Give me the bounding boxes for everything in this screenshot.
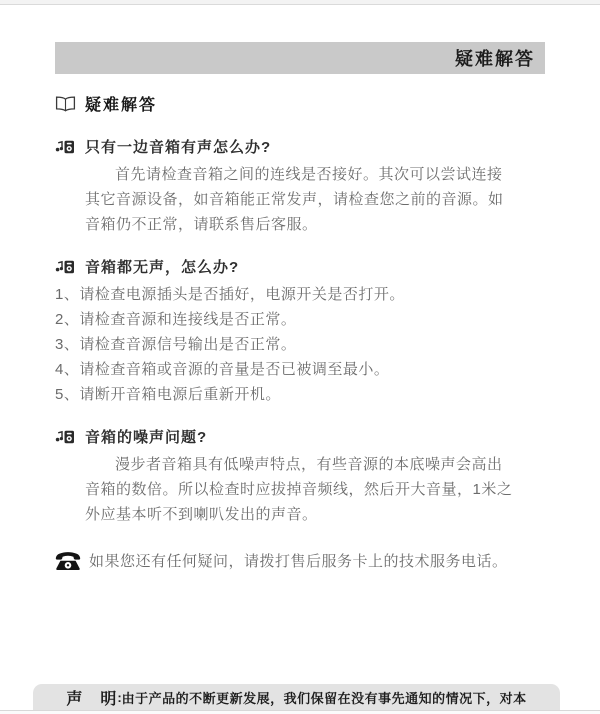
section-title-row: 疑难解答 [55, 92, 521, 115]
faq-answer-list: 1、请检查电源插头是否插好，电源开关是否打开。 2、请检查音源和连接线是否正常。… [55, 282, 487, 407]
page-header-title: 疑难解答 [455, 45, 535, 71]
speaker-note-icon [55, 260, 75, 274]
speaker-note-icon [55, 430, 75, 444]
faq-answer-list-item: 5、请断开音箱电源后重新开机。 [55, 382, 487, 407]
faq-answer: 首先请检查音箱之间的连线是否接好。其次可以尝试连接其它音源设备，如音箱能正常发声… [85, 162, 517, 237]
hotline-note-row: 如果您还有任何疑问，请拨打售后服务卡上的技术服务电话。 [55, 550, 521, 571]
faq-item: 音箱都无声，怎么办? 1、请检查电源插头是否插好，电源开关是否打开。 2、请检查… [55, 256, 521, 407]
faq-item: 音箱的噪声问题? 漫步者音箱具有低噪声特点，有些音源的本底噪声会高出音箱的数倍。… [55, 426, 521, 527]
faq-answer-list-item: 3、请检查音源信号输出是否正常。 [55, 332, 487, 357]
faq-question: 只有一边音箱有声怎么办? [85, 136, 271, 157]
page-bottom-edge-strip [0, 710, 600, 714]
faq-item: 只有一边音箱有声怎么办? 首先请检查音箱之间的连线是否接好。其次可以尝试连接其它… [55, 136, 521, 237]
telephone-icon [55, 551, 81, 571]
faq-answer-list-item: 1、请检查电源插头是否插好，电源开关是否打开。 [55, 282, 487, 307]
page-header-bar: 疑难解答 [55, 42, 545, 74]
page-top-edge-strip [0, 0, 600, 5]
speaker-note-icon [55, 140, 75, 154]
open-book-icon [55, 96, 76, 112]
disclaimer-title: 声 明 [66, 686, 117, 709]
faq-question: 音箱的噪声问题? [85, 426, 207, 447]
faq-answer: 漫步者音箱具有低噪声特点，有些音源的本底噪声会高出音箱的数倍。所以检查时应拔掉音… [85, 452, 517, 527]
faq-answer-list-item: 4、请检查音箱或音源的音量是否已被调至最小。 [55, 357, 487, 382]
section-title: 疑难解答 [85, 92, 157, 115]
hotline-note-text: 如果您还有任何疑问，请拨打售后服务卡上的技术服务电话。 [89, 550, 508, 571]
faq-answer-list-item: 2、请检查音源和连接线是否正常。 [55, 307, 487, 332]
disclaimer-text: 由于产品的不断更新发展，我们保留在没有事先通知的情况下，对本 [122, 688, 527, 707]
faq-question: 音箱都无声，怎么办? [85, 256, 239, 277]
disclaimer-box: 声 明:由于产品的不断更新发展，我们保留在没有事先通知的情况下，对本 [33, 684, 560, 710]
faq-question-row: 音箱都无声，怎么办? [55, 256, 521, 277]
main-content: 疑难解答 只有一边音箱有声怎么办? 首先请检查音箱之间的连线是否接好。其次可以尝… [55, 92, 521, 571]
faq-question-row: 音箱的噪声问题? [55, 426, 521, 447]
faq-question-row: 只有一边音箱有声怎么办? [55, 136, 521, 157]
